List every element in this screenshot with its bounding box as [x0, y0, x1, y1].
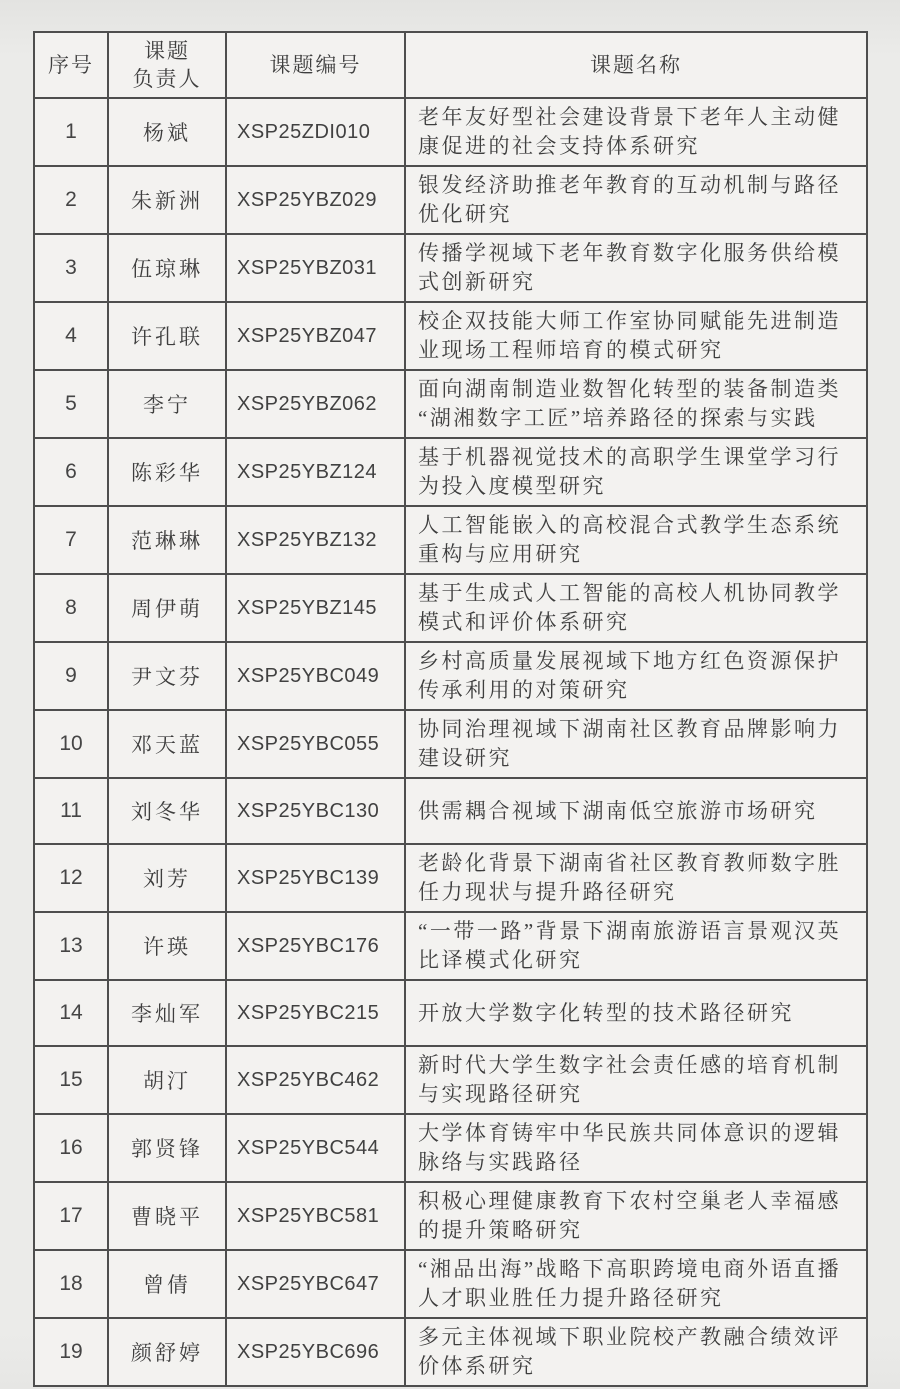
table-row: 19 颜舒婷 XSP25YBC696 多元主体视域下职业院校产教融合绩效评价体系… — [34, 1318, 867, 1386]
project-leader-cell: 刘冬华 — [108, 778, 226, 844]
table-header: 序号 课题 负责人 课题编号 课题名称 — [34, 32, 867, 98]
project-code-cell: XSP25YBZ124 — [226, 438, 405, 506]
project-code-cell: XSP25YBC581 — [226, 1182, 405, 1250]
project-leader-cell: 李灿军 — [108, 980, 226, 1046]
seq-no-cell: 9 — [34, 642, 108, 710]
table-row: 13 许瑛 XSP25YBC176 “一带一路”背景下湖南旅游语言景观汉英比译模… — [34, 912, 867, 980]
seq-no-cell: 14 — [34, 980, 108, 1046]
project-title-cell: 人工智能嵌入的高校混合式教学生态系统重构与应用研究 — [405, 506, 867, 574]
project-title-cell: 协同治理视域下湖南社区教育品牌影响力建设研究 — [405, 710, 867, 778]
project-code-cell: XSP25YBC130 — [226, 778, 405, 844]
seq-no-cell: 19 — [34, 1318, 108, 1386]
project-leader-cell: 伍琼琳 — [108, 234, 226, 302]
table-row: 7 范琳琳 XSP25YBZ132 人工智能嵌入的高校混合式教学生态系统重构与应… — [34, 506, 867, 574]
project-code-cell: XSP25YBC055 — [226, 710, 405, 778]
seq-no-cell: 10 — [34, 710, 108, 778]
table-row: 2 朱新洲 XSP25YBZ029 银发经济助推老年教育的互动机制与路径优化研究 — [34, 166, 867, 234]
table-row: 8 周伊萌 XSP25YBZ145 基于生成式人工智能的高校人机协同教学模式和评… — [34, 574, 867, 642]
table-body: 1 杨斌 XSP25ZDI010 老年友好型社会建设背景下老年人主动健康促进的社… — [34, 98, 867, 1386]
project-code-cell: XSP25YBZ062 — [226, 370, 405, 438]
project-leader-cell: 周伊萌 — [108, 574, 226, 642]
project-code-cell: XSP25YBZ145 — [226, 574, 405, 642]
project-leader-cell: 朱新洲 — [108, 166, 226, 234]
seq-no-cell: 1 — [34, 98, 108, 166]
table-row: 18 曾倩 XSP25YBC647 “湘品出海”战略下高职跨境电商外语直播人才职… — [34, 1250, 867, 1318]
project-title-cell: 供需耦合视域下湖南低空旅游市场研究 — [405, 778, 867, 844]
table-row: 12 刘芳 XSP25YBC139 老龄化背景下湖南省社区教育教师数字胜任力现状… — [34, 844, 867, 912]
seq-no-cell: 16 — [34, 1114, 108, 1182]
project-leader-cell: 陈彩华 — [108, 438, 226, 506]
project-leader-cell: 范琳琳 — [108, 506, 226, 574]
project-code-cell: XSP25YBZ132 — [226, 506, 405, 574]
header-project-code: 课题编号 — [226, 32, 405, 98]
project-leader-cell: 刘芳 — [108, 844, 226, 912]
project-code-cell: XSP25YBC139 — [226, 844, 405, 912]
header-row: 序号 课题 负责人 课题编号 课题名称 — [34, 32, 867, 98]
seq-no-cell: 13 — [34, 912, 108, 980]
project-leader-cell: 曾倩 — [108, 1250, 226, 1318]
project-leader-cell: 许瑛 — [108, 912, 226, 980]
seq-no-cell: 12 — [34, 844, 108, 912]
project-title-cell: 老年友好型社会建设背景下老年人主动健康促进的社会支持体系研究 — [405, 98, 867, 166]
seq-no-cell: 2 — [34, 166, 108, 234]
project-title-cell: 校企双技能大师工作室协同赋能先进制造业现场工程师培育的模式研究 — [405, 302, 867, 370]
project-leader-cell: 胡汀 — [108, 1046, 226, 1114]
project-leader-cell: 曹晓平 — [108, 1182, 226, 1250]
project-title-cell: 传播学视域下老年教育数字化服务供给模式创新研究 — [405, 234, 867, 302]
project-title-cell: 积极心理健康教育下农村空巢老人幸福感的提升策略研究 — [405, 1182, 867, 1250]
table-row: 4 许孔联 XSP25YBZ047 校企双技能大师工作室协同赋能先进制造业现场工… — [34, 302, 867, 370]
table-row: 11 刘冬华 XSP25YBC130 供需耦合视域下湖南低空旅游市场研究 — [34, 778, 867, 844]
project-title-cell: 乡村高质量发展视域下地方红色资源保护传承利用的对策研究 — [405, 642, 867, 710]
project-code-cell: XSP25YBC049 — [226, 642, 405, 710]
project-title-cell: “一带一路”背景下湖南旅游语言景观汉英比译模式化研究 — [405, 912, 867, 980]
table-row: 10 邓天蓝 XSP25YBC055 协同治理视域下湖南社区教育品牌影响力建设研… — [34, 710, 867, 778]
table-row: 15 胡汀 XSP25YBC462 新时代大学生数字社会责任感的培育机制与实现路… — [34, 1046, 867, 1114]
document-page: { "table": { "headers": ["序号", "课题\n负责人"… — [0, 0, 900, 1389]
seq-no-cell: 11 — [34, 778, 108, 844]
project-code-cell: XSP25YBC696 — [226, 1318, 405, 1386]
header-seq-no: 序号 — [34, 32, 108, 98]
table-row: 1 杨斌 XSP25ZDI010 老年友好型社会建设背景下老年人主动健康促进的社… — [34, 98, 867, 166]
seq-no-cell: 6 — [34, 438, 108, 506]
project-title-cell: 大学体育铸牢中华民族共同体意识的逻辑脉络与实践路径 — [405, 1114, 867, 1182]
seq-no-cell: 8 — [34, 574, 108, 642]
project-title-cell: 面向湖南制造业数智化转型的装备制造类“湖湘数字工匠”培养路径的探索与实践 — [405, 370, 867, 438]
seq-no-cell: 3 — [34, 234, 108, 302]
project-leader-cell: 郭贤锋 — [108, 1114, 226, 1182]
project-title-cell: 多元主体视域下职业院校产教融合绩效评价体系研究 — [405, 1318, 867, 1386]
project-code-cell: XSP25YBZ047 — [226, 302, 405, 370]
project-code-cell: XSP25YBC544 — [226, 1114, 405, 1182]
project-code-cell: XSP25YBC647 — [226, 1250, 405, 1318]
table-row: 6 陈彩华 XSP25YBZ124 基于机器视觉技术的高职学生课堂学习行为投入度… — [34, 438, 867, 506]
project-title-cell: “湘品出海”战略下高职跨境电商外语直播人才职业胜任力提升路径研究 — [405, 1250, 867, 1318]
project-code-cell: XSP25YBC176 — [226, 912, 405, 980]
project-leader-cell: 颜舒婷 — [108, 1318, 226, 1386]
project-title-cell: 基于机器视觉技术的高职学生课堂学习行为投入度模型研究 — [405, 438, 867, 506]
project-leader-cell: 李宁 — [108, 370, 226, 438]
header-project-title: 课题名称 — [405, 32, 867, 98]
project-title-cell: 银发经济助推老年教育的互动机制与路径优化研究 — [405, 166, 867, 234]
project-title-cell: 老龄化背景下湖南省社区教育教师数字胜任力现状与提升路径研究 — [405, 844, 867, 912]
table-row: 3 伍琼琳 XSP25YBZ031 传播学视域下老年教育数字化服务供给模式创新研… — [34, 234, 867, 302]
seq-no-cell: 4 — [34, 302, 108, 370]
project-code-cell: XSP25YBC462 — [226, 1046, 405, 1114]
table-row: 5 李宁 XSP25YBZ062 面向湖南制造业数智化转型的装备制造类“湖湘数字… — [34, 370, 867, 438]
project-title-cell: 新时代大学生数字社会责任感的培育机制与实现路径研究 — [405, 1046, 867, 1114]
header-project-leader: 课题 负责人 — [108, 32, 226, 98]
project-leader-cell: 杨斌 — [108, 98, 226, 166]
table-row: 14 李灿军 XSP25YBC215 开放大学数字化转型的技术路径研究 — [34, 980, 867, 1046]
seq-no-cell: 17 — [34, 1182, 108, 1250]
seq-no-cell: 7 — [34, 506, 108, 574]
project-leader-cell: 许孔联 — [108, 302, 226, 370]
table-row: 17 曹晓平 XSP25YBC581 积极心理健康教育下农村空巢老人幸福感的提升… — [34, 1182, 867, 1250]
table-row: 16 郭贤锋 XSP25YBC544 大学体育铸牢中华民族共同体意识的逻辑脉络与… — [34, 1114, 867, 1182]
project-title-cell: 开放大学数字化转型的技术路径研究 — [405, 980, 867, 1046]
seq-no-cell: 15 — [34, 1046, 108, 1114]
seq-no-cell: 5 — [34, 370, 108, 438]
project-leader-cell: 邓天蓝 — [108, 710, 226, 778]
project-code-cell: XSP25YBZ031 — [226, 234, 405, 302]
project-code-cell: XSP25ZDI010 — [226, 98, 405, 166]
seq-no-cell: 18 — [34, 1250, 108, 1318]
table-row: 9 尹文芬 XSP25YBC049 乡村高质量发展视域下地方红色资源保护传承利用… — [34, 642, 867, 710]
project-code-cell: XSP25YBC215 — [226, 980, 405, 1046]
project-code-cell: XSP25YBZ029 — [226, 166, 405, 234]
project-leader-cell: 尹文芬 — [108, 642, 226, 710]
project-list-table: 序号 课题 负责人 课题编号 课题名称 1 杨斌 XSP25ZDI010 老年友… — [33, 31, 868, 1387]
project-title-cell: 基于生成式人工智能的高校人机协同教学模式和评价体系研究 — [405, 574, 867, 642]
